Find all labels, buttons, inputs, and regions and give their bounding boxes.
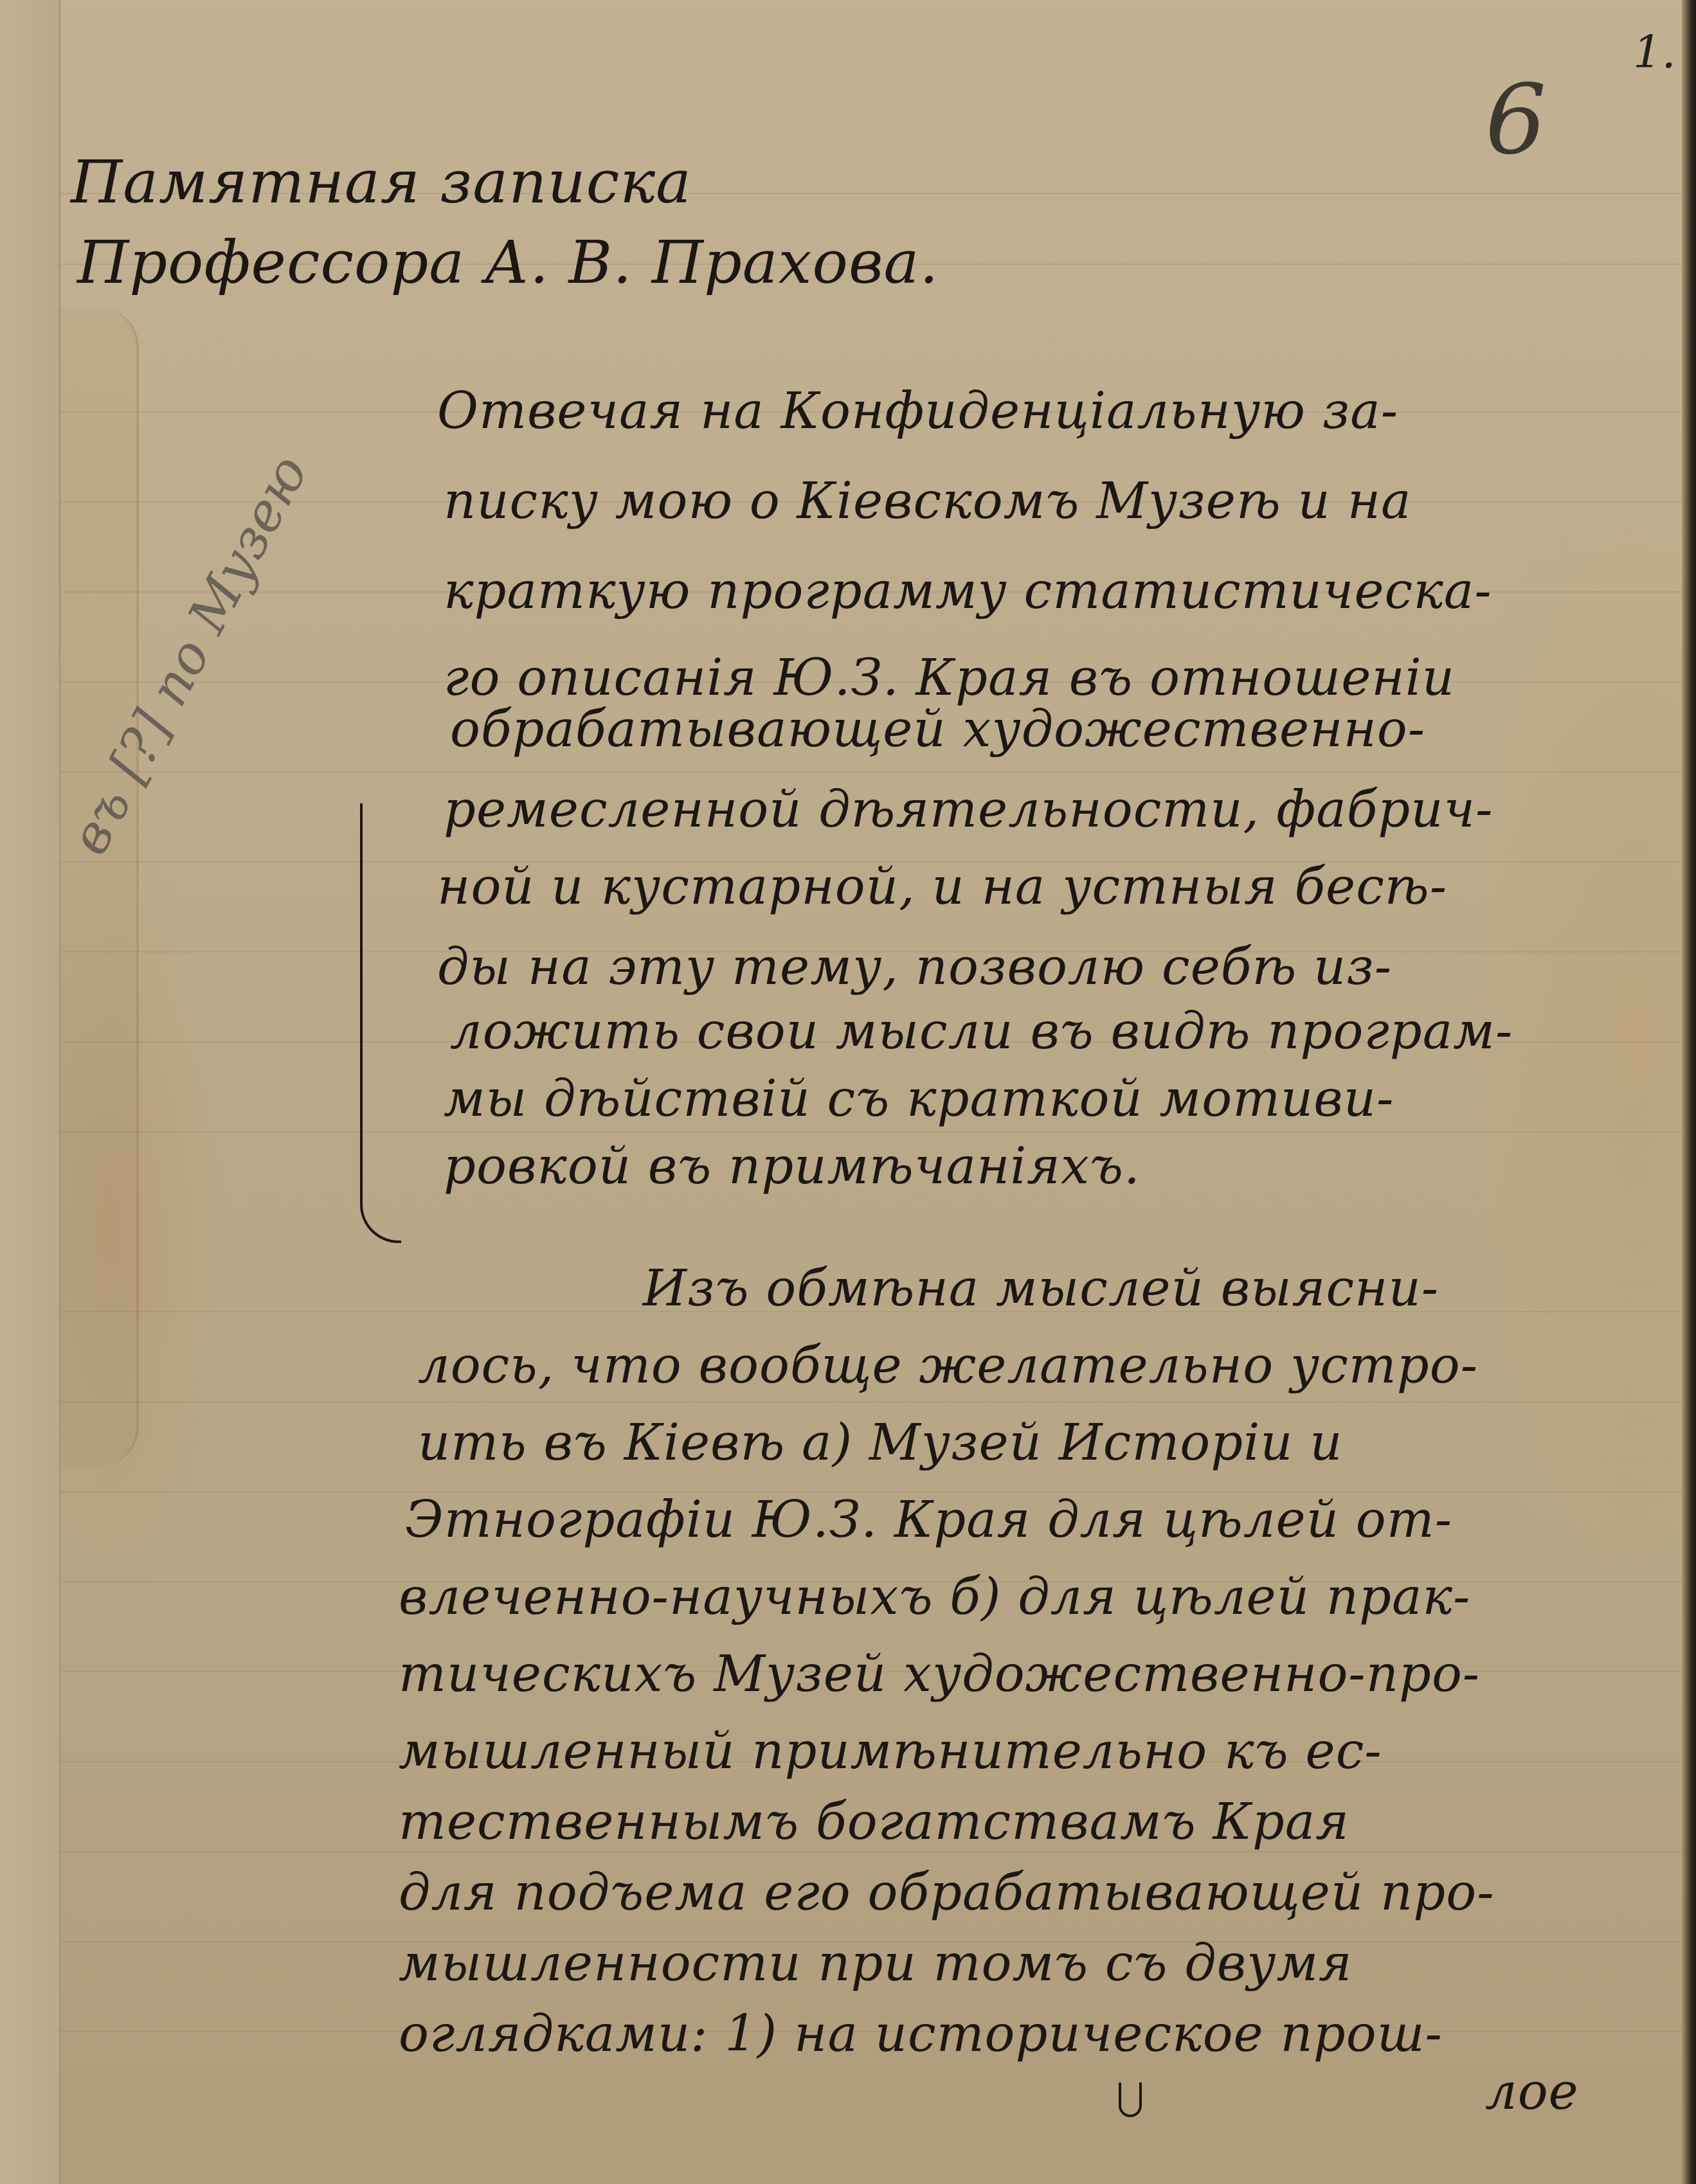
paragraph-1-line: ремесленной дѣятельности, фабрич- <box>444 781 1493 839</box>
paragraph-1-line: обрабатывающей художественно- <box>450 701 1425 758</box>
paragraph-2-line: тическихъ Музей художественно-про- <box>399 1645 1480 1703</box>
paragraph-1-line: краткую программу статистическа- <box>444 562 1492 620</box>
ruled-line <box>59 1131 1682 1132</box>
paragraph-2-line: Этнографіи Ю.З. Края для цѣлей от- <box>405 1491 1452 1549</box>
paragraph-2-line: лое <box>1485 2063 1579 2121</box>
paragraph-1-line: мы дѣйствій съ краткой мотиви- <box>444 1070 1394 1128</box>
paragraph-1-line: писку мою о Кіевскомъ Музеѣ и на <box>444 472 1412 530</box>
paragraph-1-line: ложить свои мысли въ видѣ програм- <box>450 1003 1513 1061</box>
decorative-flourish <box>360 803 401 1243</box>
paragraph-2-line: оглядками: 1) на историческое прош- <box>399 2005 1443 2063</box>
paragraph-1-line: ровкой въ примѣчаніяхъ. <box>444 1138 1141 1195</box>
paragraph-2-line: влеченно-научныхъ б) для цѣлей прак- <box>399 1568 1470 1626</box>
water-stain <box>59 309 139 1465</box>
ruled-line <box>59 1401 1682 1402</box>
paragraph-2-line: тественнымъ богатствамъ Края <box>399 1793 1349 1851</box>
folio-number-pencil: 6 <box>1485 64 1546 176</box>
paragraph-2-line: мышленности при томъ съ двумя <box>399 1935 1353 1992</box>
folio-number-ink: 1. <box>1633 26 1676 78</box>
left-binding-strip <box>0 0 60 2184</box>
paragraph-2-line: мышленный примѣнительно къ ес- <box>399 1723 1382 1780</box>
ruled-line <box>59 771 1682 773</box>
paragraph-1-line: ной и кустарной, и на устныя бесѣ- <box>437 858 1447 916</box>
paragraph-2-line: ить въ Кіевѣ а) Музей Исторіи и <box>418 1414 1342 1472</box>
document-title-line-1: Памятная записка <box>71 148 692 217</box>
torn-right-edge <box>1682 0 1696 2184</box>
paragraph-1-line: Отвечая на Конфиденціальную за- <box>437 382 1398 440</box>
paragraph-1-line: го описанія Ю.З. Края въ отношеніи <box>444 649 1455 707</box>
document-title-line-2: Профессора А. В. Прахова. <box>77 228 939 297</box>
decorative-mark <box>1119 2082 1142 2117</box>
paragraph-2-line: лось, что вообще желательно устро- <box>418 1337 1478 1395</box>
paragraph-1-line: ды на эту тему, позволю себѣ из- <box>437 938 1392 996</box>
document-page: 6 1. въ [?] по Музею Памятная записка Пр… <box>0 0 1696 2184</box>
paragraph-2-line: для подъема его обрабатывающей про- <box>399 1864 1495 1922</box>
paragraph-2-line: Изъ обмѣна мыслей выясни- <box>643 1260 1439 1318</box>
ruled-line <box>59 1851 1682 1852</box>
